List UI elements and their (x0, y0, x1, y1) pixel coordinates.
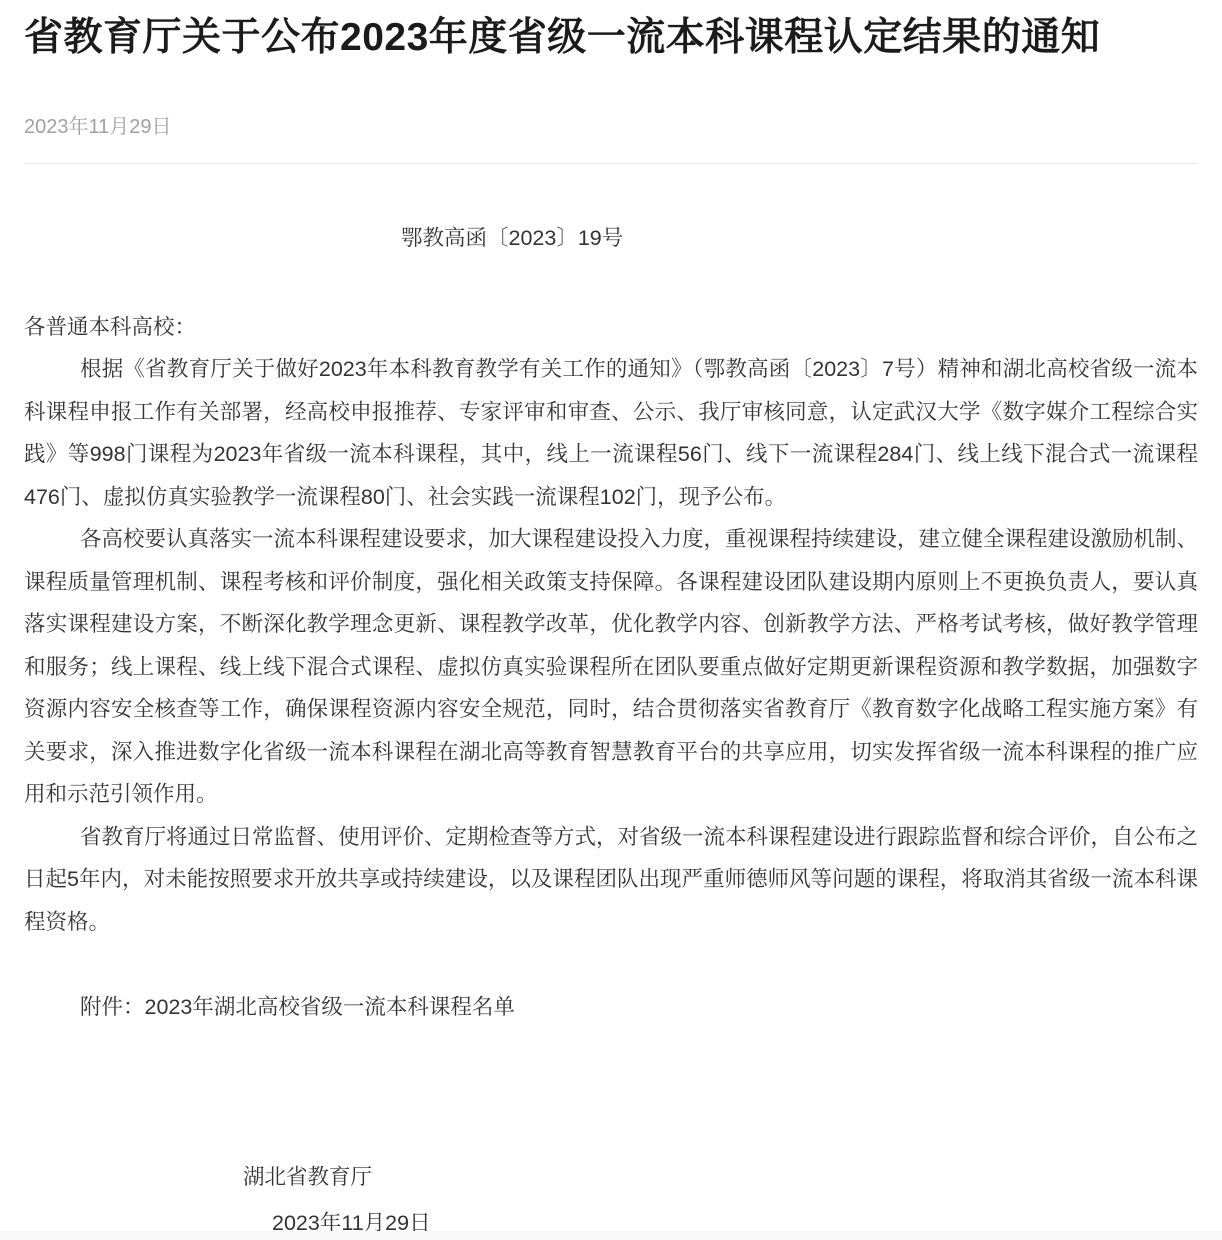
paragraph-construction-requirements: 各高校要认真落实一流本科课程建设要求，加大课程建设投入力度，重视课程持续建设，建… (24, 518, 1198, 816)
paragraph-recognition-results: 根据《省教育厅关于做好2023年本科教育教学有关工作的通知》（鄂教高函〔2023… (24, 348, 1198, 518)
bottom-strip (0, 1231, 1222, 1240)
document-body: 鄂教高函〔2023〕19号 各普通本科高校： 根据《省教育厅关于做好2023年本… (24, 217, 1198, 1240)
page-title: 省教育厅关于公布2023年度省级一流本科课程认定结果的通知 (24, 13, 1198, 63)
article: 省教育厅关于公布2023年度省级一流本科课程认定结果的通知 2023年11月29… (0, 13, 1222, 1240)
salutation: 各普通本科高校： (24, 306, 1198, 349)
document-number: 鄂教高函〔2023〕19号 (24, 217, 1198, 260)
signature-organization: 湖北省教育厅 (24, 1156, 1198, 1199)
paragraph-supervision: 省教育厅将通过日常监督、使用评价、定期检查等方式，对省级一流本科课程建设进行跟踪… (24, 816, 1198, 944)
header-divider (24, 163, 1198, 164)
notice-page: 省教育厅关于公布2023年度省级一流本科课程认定结果的通知 2023年11月29… (0, 0, 1222, 1240)
attachment-line: 附件：2023年湖北高校省级一流本科课程名单 (24, 986, 1198, 1029)
publish-date: 2023年11月29日 (24, 117, 1198, 137)
